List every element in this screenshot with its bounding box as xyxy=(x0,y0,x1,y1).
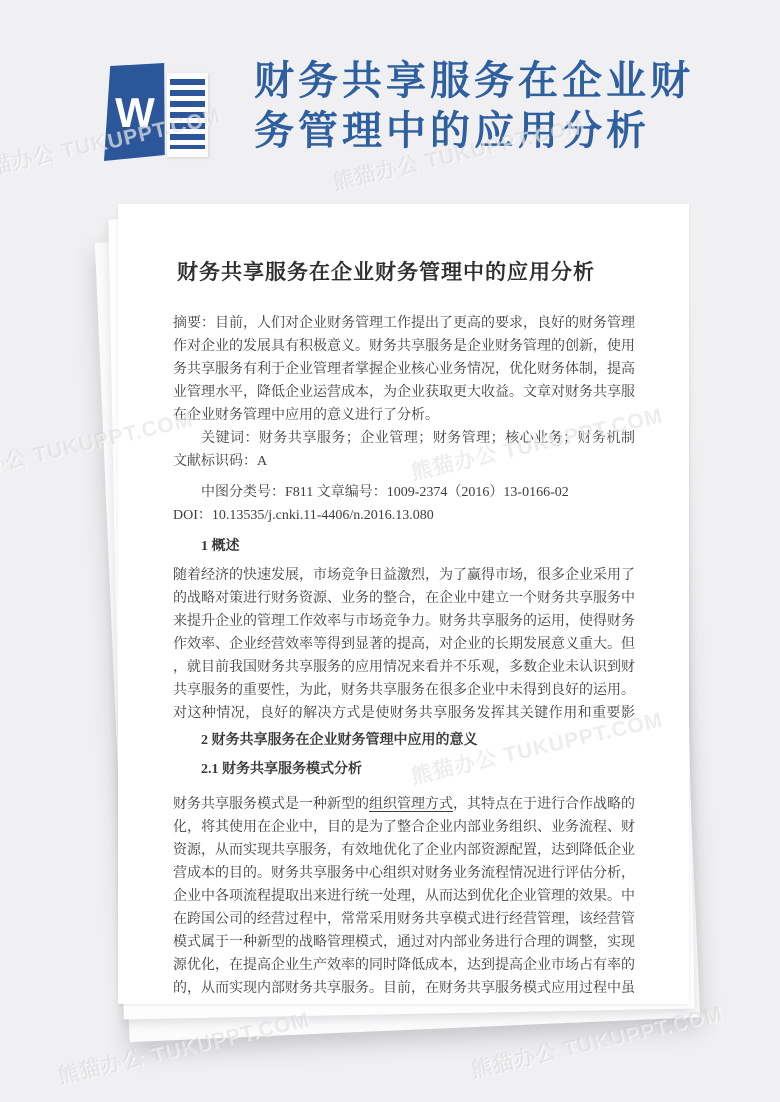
paragraph-2-line: 源优化，在提高企业生产效率的同时降低成本，达到提高企业市场占有率的目 xyxy=(173,954,635,977)
underlined-term: 组织管理方式 xyxy=(369,797,453,812)
abstract-paragraph: 摘要：目前，人们对企业财务管理工作提出了更高的要求，良好的财务管理工 作对企业的… xyxy=(173,312,635,427)
paragraph-2-text: 财务共享服务模式是一种新型的 xyxy=(173,797,369,812)
paragraph-1-line: 来提升企业的管理工作效率与市场竞争力。财务共享服务的运用，使得财务工 xyxy=(173,610,635,633)
paragraph-1-line: 的战略对策进行财务资源、业务的整合，在企业中建立一个财务共享服务中心 xyxy=(173,587,635,610)
word-icon-text-lines xyxy=(170,79,205,149)
abstract-line: 务共享服务有利于企业管理者掌握企业核心业务情况，优化财务体制，提高企 xyxy=(173,358,635,381)
document-content: 财务共享服务在企业财务管理中的应用分析 摘要：目前，人们对企业财务管理工作提出了… xyxy=(173,260,635,1000)
paragraph-1-line: 随着经济的快速发展，市场竞争日益激烈，为了赢得市场，很多企业采用了新 xyxy=(173,564,635,587)
page-background: { "header": { "icon_letter": "W", "icon_… xyxy=(0,0,780,1102)
paragraph-2-line: 财务共享服务模式是一种新型的组织管理方式，其特点在于进行合作战略的优 xyxy=(173,793,635,816)
classification-line: 中图分类号：F811 文章编号：1009-2374（2016）13-0166-0… xyxy=(173,481,635,504)
header-title-line1: 财务共享服务在企业财 xyxy=(254,56,724,106)
site-header: W 财务共享服务在企业财 务管理中的应用分析 xyxy=(0,0,780,200)
word-icon-cover: W xyxy=(104,62,166,162)
section-heading-2: 2 财务共享服务在企业财务管理中应用的意义 xyxy=(173,729,635,752)
classification-block: 中图分类号：F811 文章编号：1009-2374（2016）13-0166-0… xyxy=(173,481,635,527)
page-stack: 财务共享服务在企业财务管理中的应用分析 摘要：目前，人们对企业财务管理工作提出了… xyxy=(118,204,689,1004)
paragraph-1-line: ，就目前我国财务共享服务的应用情况来看并不乐观，多数企业未认识到财务 xyxy=(173,656,635,679)
document-title: 财务共享服务在企业财务管理中的应用分析 xyxy=(177,260,635,286)
paragraph-1-line: 共享服务的重要性，为此，财务共享服务在很多企业中未得到良好的运用。面 xyxy=(173,679,635,702)
word-icon-document xyxy=(167,73,208,157)
abstract-line: 摘要：目前，人们对企业财务管理工作提出了更高的要求，良好的财务管理工 xyxy=(173,312,635,335)
paragraph-1: 随着经济的快速发展，市场竞争日益激烈，为了赢得市场，很多企业采用了新 的战略对策… xyxy=(173,564,635,725)
paragraph-2: 财务共享服务模式是一种新型的组织管理方式，其特点在于进行合作战略的优 化，将其使… xyxy=(173,793,635,1000)
paragraph-2-line: 资源，从而实现共享服务，有效地优化了企业内部资源配置，达到降低企业运 xyxy=(173,839,635,862)
paragraph-1-line: 作效率、企业经营效率等得到显著的提高，对企业的长期发展意义重大。但是 xyxy=(173,633,635,656)
abstract-line: 作对企业的发展具有积极意义。财务共享服务是企业财务管理的创新，使用财 xyxy=(173,335,635,358)
doi-line: DOI：10.13535/j.cnki.11-4406/n.2016.13.08… xyxy=(173,504,635,527)
paragraph-1-line: 对这种情况，良好的解决方式是使财务共享服务发挥其关键作用和重要影响。 xyxy=(173,702,635,725)
paragraph-2-line: 的，从而实现内部财务共享服务。目前，在财务共享服务模式应用过程中虽然 xyxy=(173,977,635,1000)
paragraph-2-line: 模式属于一种新型的战略管理模式，通过对内部业务进行合理的调整，实现资 xyxy=(173,931,635,954)
keywords-block: 关键词：财务共享服务；企业管理；财务管理；核心业务；财务机制 文献标识码：A xyxy=(173,427,635,473)
word-icon-letter: W xyxy=(115,90,155,134)
paragraph-2-line: 企业中各项流程提取出来进行统一处理，从而达到优化企业管理的效果。中国 xyxy=(173,885,635,908)
abstract-line: 在企业财务管理中应用的意义进行了分析。 xyxy=(173,404,635,427)
header-title-line2: 务管理中的应用分析 xyxy=(254,106,724,156)
header-title: 财务共享服务在企业财 务管理中的应用分析 xyxy=(254,56,724,156)
section-heading-1: 1 概述 xyxy=(173,535,635,558)
paragraph-2-line: 营成本的目的。财务共享服务中心组织对财务业务流程情况进行评估分析，把 xyxy=(173,862,635,885)
section-heading-2-1: 2.1 财务共享服务模式分析 xyxy=(173,758,635,781)
document-page: 财务共享服务在企业财务管理中的应用分析 摘要：目前，人们对企业财务管理工作提出了… xyxy=(118,204,689,1004)
paragraph-2-line: 化，将其使用在企业中，目的是为了整合企业内部业务组织、业务流程、财务 xyxy=(173,816,635,839)
doc-code-line: 文献标识码：A xyxy=(173,450,635,473)
word-icon: W xyxy=(104,56,216,174)
abstract-line: 业管理水平，降低企业运营成本，为企业获取更大收益。文章对财务共享服务 xyxy=(173,381,635,404)
keywords-line: 关键词：财务共享服务；企业管理；财务管理；核心业务；财务机制 xyxy=(173,427,635,450)
paragraph-2-line: 在跨国公司的经营过程中，常常采用财务共享模式进行经营管理，该经营管理 xyxy=(173,908,635,931)
